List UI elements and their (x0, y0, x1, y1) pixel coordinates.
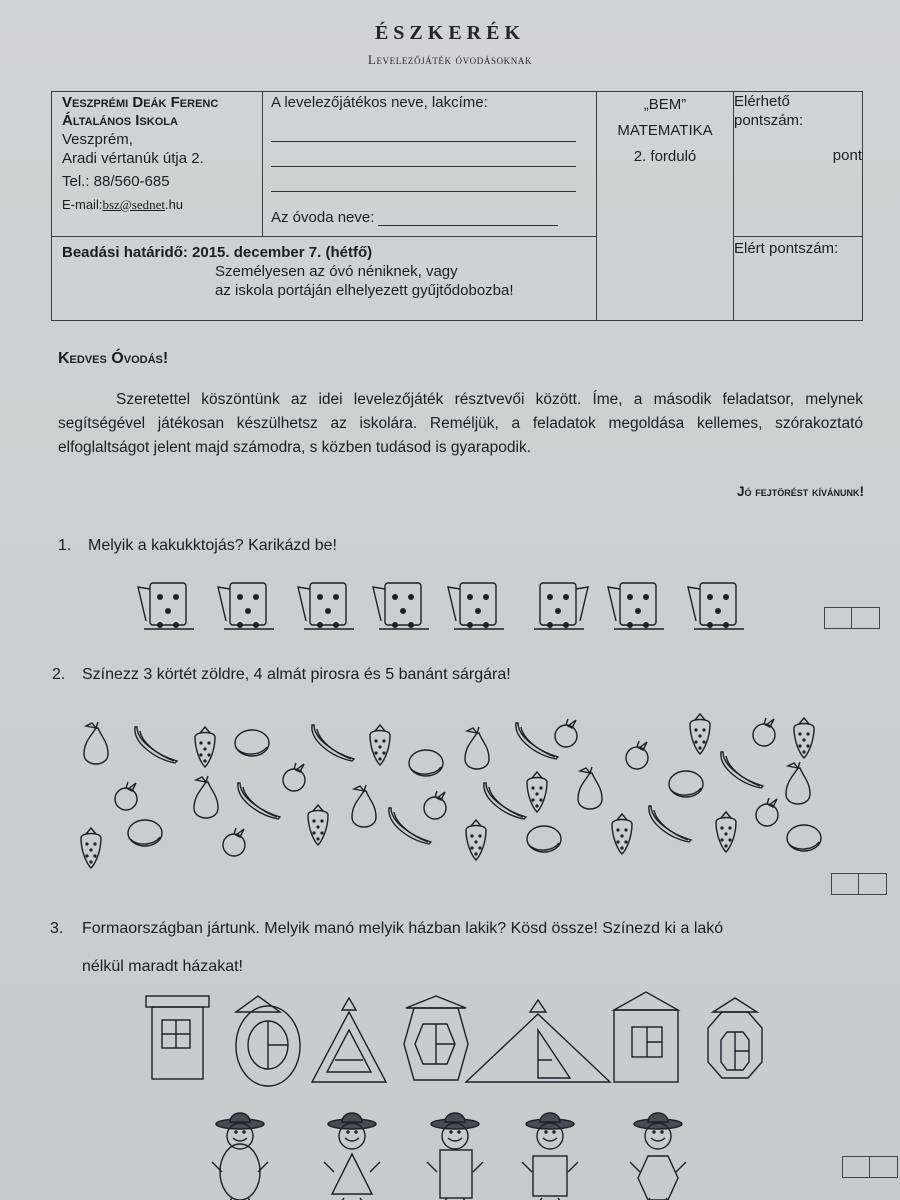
fruit-straw-28[interactable] (81, 828, 101, 868)
fruit-apple-30[interactable] (223, 828, 245, 856)
fruit-apple-12[interactable] (753, 718, 775, 746)
achieved-points-label: Elért pontszám: (734, 239, 862, 258)
deadline-line-2: az iskola portáján elhelyezett gyűjtődob… (62, 281, 586, 300)
mug-4[interactable] (373, 583, 429, 629)
fruit-straw-34[interactable] (612, 814, 632, 854)
fruit-lemon-38[interactable] (787, 825, 821, 851)
task-2-text: Színezz 3 körtét zöldre, 4 almát pirosra… (82, 666, 511, 683)
gnome-tall-rectangle-body[interactable] (427, 1113, 483, 1200)
achieved-points-cell: Elért pontszám: (734, 237, 863, 321)
task-3-houses[interactable] (0, 990, 900, 1090)
fruit-straw-3[interactable] (195, 727, 215, 767)
max-points-unit: pont (734, 146, 862, 165)
fruit-straw-32[interactable] (466, 820, 486, 860)
task-3-text-1: Formaországban jártunk. Melyik manó mely… (82, 920, 723, 937)
fruit-banana-16[interactable] (238, 783, 280, 819)
school-name-1: Veszprémi Deák Ferenc (62, 94, 252, 112)
fruit-apple-17[interactable] (283, 763, 305, 791)
kindergarten-field[interactable] (378, 211, 558, 226)
fruit-apple-10[interactable] (555, 719, 577, 747)
fruit-apple-37[interactable] (756, 798, 778, 826)
large-triangle-house[interactable] (466, 1000, 610, 1082)
mug-5[interactable] (448, 583, 504, 629)
mug-6[interactable] (534, 583, 588, 629)
task-2-heading: 2.Színezz 3 körtét zöldre, 4 almát piros… (52, 666, 511, 684)
triangle-house[interactable] (312, 998, 386, 1082)
participant-line-2[interactable] (271, 142, 576, 167)
gnome-rectangle-body[interactable] (522, 1113, 578, 1200)
participant-label: A levelezőjátékos neve, lakcíme: (271, 94, 588, 111)
fruit-banana-2[interactable] (135, 727, 177, 763)
participant-line-1[interactable] (271, 117, 576, 142)
mug-7[interactable] (608, 583, 664, 629)
competition-round: 2. forduló (597, 144, 733, 170)
fruit-lemon-25[interactable] (669, 771, 703, 797)
fruit-lemon-4[interactable] (235, 730, 269, 756)
fruit-apple-14[interactable] (115, 782, 137, 810)
mug-3[interactable] (298, 583, 354, 629)
fruit-straw-13[interactable] (794, 718, 814, 758)
max-points-label: Elérhető pontszám: (734, 92, 862, 130)
fruit-banana-35[interactable] (649, 806, 691, 842)
rectangle-house[interactable] (146, 996, 209, 1079)
fruit-lemon-29[interactable] (128, 820, 162, 846)
fruit-straw-22[interactable] (527, 772, 547, 812)
mug-2[interactable] (218, 583, 274, 629)
school-cell: Veszprémi Deák Ferenc Általános Iskola V… (52, 92, 263, 237)
competition-subject: MATEMATIKA (597, 118, 733, 144)
task-1-mugs[interactable] (0, 575, 900, 635)
kindergarten-label: Az óvoda neve: (271, 209, 374, 226)
gnome-oval-body[interactable] (212, 1113, 268, 1200)
greeting: Kedves Óvodás! (58, 350, 168, 368)
fruit-banana-5[interactable] (312, 725, 354, 761)
competition-name: „BEM” (597, 92, 733, 118)
fruit-pear-27[interactable] (786, 762, 810, 804)
task-1-heading: 1.Melyik a kakukktojás? Karikázd be! (58, 537, 337, 555)
participant-cell: A levelezőjátékos neve, lakcíme: Az óvod… (263, 92, 597, 237)
fruit-pear-8[interactable] (465, 727, 489, 769)
fruit-straw-11[interactable] (690, 714, 710, 754)
info-table: Veszprémi Deák Ferenc Általános Iskola V… (51, 91, 863, 321)
task-3-score-box[interactable] (842, 1156, 898, 1178)
intro-text: Szeretettel köszöntünk az idei levelezőj… (58, 388, 863, 460)
fruit-straw-36[interactable] (716, 812, 736, 852)
octagon-house[interactable] (708, 998, 762, 1078)
task-2-fruits[interactable] (0, 700, 900, 880)
task-1-score-box[interactable] (824, 607, 880, 629)
square-house[interactable] (614, 992, 678, 1082)
fruit-apple-24[interactable] (626, 741, 648, 769)
wish-text: Jó fejtörést kívánunk! (737, 484, 864, 499)
school-phone: Tel.: 88/560-685 (62, 172, 252, 191)
school-city: Veszprém, (62, 130, 252, 149)
hexagon-house[interactable] (404, 996, 468, 1080)
school-street: Aradi vértanúk útja 2. (62, 149, 252, 168)
page-title: ÉSZKERÉK (0, 22, 900, 45)
fruit-pear-19[interactable] (352, 785, 376, 827)
circle-house[interactable] (236, 996, 300, 1086)
fruit-pear-23[interactable] (578, 767, 602, 809)
fruit-lemon-7[interactable] (409, 750, 443, 776)
fruit-banana-26[interactable] (721, 752, 763, 788)
task-3-heading-line-2: nélkül maradt házakat! (82, 958, 243, 976)
deadline-cell: Beadási határidő: 2015. december 7. (hét… (52, 237, 597, 321)
fruit-straw-18[interactable] (308, 805, 328, 845)
email-link[interactable]: bsz@sednet (102, 197, 165, 212)
school-name-2: Általános Iskola (62, 112, 252, 130)
max-points-cell: Elérhető pontszám: pont (734, 92, 863, 237)
fruit-straw-6[interactable] (370, 725, 390, 765)
mug-1[interactable] (138, 583, 194, 629)
deadline-line-1: Személyesen az óvó néniknek, vagy (62, 262, 586, 281)
gnome-triangle-body[interactable] (324, 1113, 380, 1200)
school-email: E-mail:bsz@sednet.hu (62, 195, 252, 214)
worksheet-page: ÉSZKERÉK Levelezőjáték óvodásoknak Veszp… (0, 0, 900, 1200)
fruit-apple-20[interactable] (424, 791, 446, 819)
page-subtitle: Levelezőjáték óvodásoknak (0, 52, 900, 68)
task-2-score-box[interactable] (831, 873, 887, 895)
deadline-label: Beadási határidő: 2015. december 7. (hét… (62, 244, 372, 261)
fruit-lemon-33[interactable] (527, 826, 561, 852)
task-3-heading-line-1: 3.Formaországban jártunk. Melyik manó me… (50, 920, 723, 938)
mug-8[interactable] (688, 583, 744, 629)
competition-cell: „BEM” MATEMATIKA 2. forduló (597, 92, 734, 321)
fruit-banana-9[interactable] (516, 723, 558, 759)
task-1-text: Melyik a kakukktojás? Karikázd be! (88, 537, 337, 554)
fruit-pear-1[interactable] (84, 722, 108, 764)
fruit-pear-15[interactable] (194, 776, 218, 818)
task-3-gnomes[interactable] (0, 1110, 900, 1200)
fruit-banana-21[interactable] (484, 783, 526, 819)
gnome-hexagon-body[interactable] (630, 1113, 686, 1200)
participant-line-3[interactable] (271, 167, 576, 192)
